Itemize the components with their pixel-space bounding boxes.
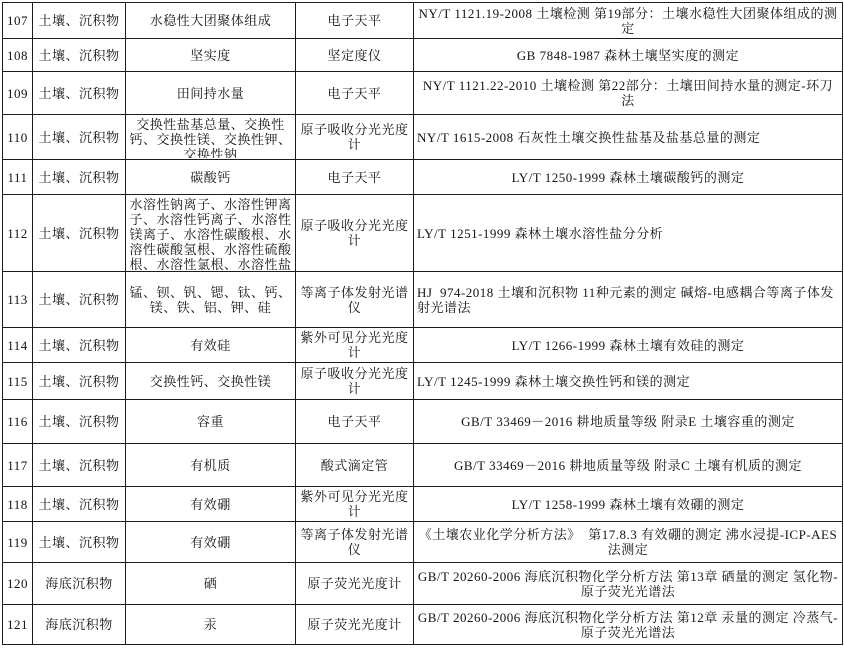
row-number-cell: 120 (3, 563, 33, 605)
category-cell: 土壤、沉积物 (33, 39, 126, 72)
method-cell: HJ 974-2018 土壤和沉积物 11种元素的测定 碱熔-电感耦合等离子体发… (414, 272, 843, 328)
item-cell: 田间持水量 (126, 72, 296, 115)
instrument-cell: 紫外可见分光光度计 (296, 487, 414, 522)
method-cell: LY/T 1250-1999 森林土壤碳酸钙的测定 (414, 160, 843, 195)
table-row: 111土壤、沉积物碳酸钙电子天平LY/T 1250-1999 森林土壤碳酸钙的测… (3, 160, 843, 195)
row-number-cell: 111 (3, 160, 33, 195)
table-row: 109土壤、沉积物田间持水量电子天平NY/T 1121.22-2010 土壤检测… (3, 72, 843, 115)
instrument-cell: 坚定度仪 (296, 39, 414, 72)
item-cell: 有效硼 (126, 522, 296, 563)
table-row: 117土壤、沉积物有机质酸式滴定管GB/T 33469－2016 耕地质量等级 … (3, 444, 843, 487)
instrument-cell: 原子吸收分光光度计 (296, 115, 414, 160)
item-cell: 有效硅 (126, 328, 296, 363)
category-cell: 土壤、沉积物 (33, 115, 126, 160)
method-cell: LY/T 1245-1999 森林土壤交换性钙和镁的测定 (414, 363, 843, 400)
instrument-cell: 电子天平 (296, 72, 414, 115)
instrument-cell: 电子天平 (296, 3, 414, 39)
item-cell: 容重 (126, 400, 296, 444)
instrument-cell: 紫外可见分光光度计 (296, 328, 414, 363)
category-cell: 土壤、沉积物 (33, 272, 126, 328)
category-cell: 土壤、沉积物 (33, 400, 126, 444)
method-cell: 《土壤农业化学分析方法》 第17.8.3 有效硼的测定 沸水浸提-ICP-AES… (414, 522, 843, 563)
document-page: 107土壤、沉积物水稳性大团聚体组成电子天平NY/T 1121.19-2008 … (0, 0, 844, 649)
method-cell: GB 7848-1987 森林土壤坚实度的测定 (414, 39, 843, 72)
category-cell: 海底沉积物 (33, 605, 126, 645)
table-row: 121海底沉积物汞原子荧光光度计GB/T 20260-2006 海底沉积物化学分… (3, 605, 843, 645)
row-number-cell: 116 (3, 400, 33, 444)
table-row: 119土壤、沉积物有效硼等离子体发射光谱仪《土壤农业化学分析方法》 第17.8.… (3, 522, 843, 563)
row-number-cell: 118 (3, 487, 33, 522)
row-number-cell: 112 (3, 195, 33, 272)
row-number-cell: 119 (3, 522, 33, 563)
methods-table: 107土壤、沉积物水稳性大团聚体组成电子天平NY/T 1121.19-2008 … (2, 2, 843, 645)
instrument-cell: 原子吸收分光光度计 (296, 195, 414, 272)
method-cell: GB/T 33469－2016 耕地质量等级 附录C 土壤有机质的测定 (414, 444, 843, 487)
item-cell: 有效硼 (126, 487, 296, 522)
row-number-cell: 114 (3, 328, 33, 363)
method-cell: LY/T 1251-1999 森林土壤水溶性盐分分析 (414, 195, 843, 272)
item-cell: 交换性钙、交换性镁 (126, 363, 296, 400)
instrument-cell: 等离子体发射光谱仪 (296, 272, 414, 328)
table-row: 110土壤、沉积物交换性盐基总量、交换性钙、交换性镁、交换性钾、交换性钠原子吸收… (3, 115, 843, 160)
table-row: 113土壤、沉积物锰、钡、钒、锶、钛、钙、镁、铁、铝、钾、硅等离子体发射光谱仪H… (3, 272, 843, 328)
category-cell: 土壤、沉积物 (33, 3, 126, 39)
row-number-cell: 107 (3, 3, 33, 39)
method-cell: GB/T 20260-2006 海底沉积物化学分析方法 第12章 汞量的测定 冷… (414, 605, 843, 645)
row-number-cell: 109 (3, 72, 33, 115)
table-row: 107土壤、沉积物水稳性大团聚体组成电子天平NY/T 1121.19-2008 … (3, 3, 843, 39)
item-cell: 水溶性钠离子、水溶性钾离子、水溶性钙离子、水溶性镁离子、水溶性碳酸根、水溶性碳酸… (126, 195, 296, 272)
category-cell: 土壤、沉积物 (33, 195, 126, 272)
instrument-cell: 原子吸收分光光度计 (296, 363, 414, 400)
table-row: 116土壤、沉积物容重电子天平GB/T 33469－2016 耕地质量等级 附录… (3, 400, 843, 444)
item-cell: 汞 (126, 605, 296, 645)
row-number-cell: 121 (3, 605, 33, 645)
instrument-cell: 等离子体发射光谱仪 (296, 522, 414, 563)
item-cell: 有机质 (126, 444, 296, 487)
table-row: 112土壤、沉积物水溶性钠离子、水溶性钾离子、水溶性钙离子、水溶性镁离子、水溶性… (3, 195, 843, 272)
item-cell: 锰、钡、钒、锶、钛、钙、镁、铁、铝、钾、硅 (126, 272, 296, 328)
category-cell: 土壤、沉积物 (33, 487, 126, 522)
item-cell: 交换性盐基总量、交换性钙、交换性镁、交换性钾、交换性钠 (126, 115, 296, 160)
instrument-cell: 电子天平 (296, 400, 414, 444)
category-cell: 土壤、沉积物 (33, 328, 126, 363)
row-number-cell: 117 (3, 444, 33, 487)
method-cell: LY/T 1266-1999 森林土壤有效硅的测定 (414, 328, 843, 363)
instrument-cell: 酸式滴定管 (296, 444, 414, 487)
category-cell: 土壤、沉积物 (33, 363, 126, 400)
method-cell: GB/T 20260-2006 海底沉积物化学分析方法 第13章 硒量的测定 氢… (414, 563, 843, 605)
table-row: 108土壤、沉积物坚实度坚定度仪GB 7848-1987 森林土壤坚实度的测定 (3, 39, 843, 72)
table-row: 115土壤、沉积物交换性钙、交换性镁原子吸收分光光度计LY/T 1245-199… (3, 363, 843, 400)
row-number-cell: 113 (3, 272, 33, 328)
method-cell: LY/T 1258-1999 森林土壤有效硼的测定 (414, 487, 843, 522)
category-cell: 土壤、沉积物 (33, 444, 126, 487)
table-row: 114土壤、沉积物有效硅紫外可见分光光度计LY/T 1266-1999 森林土壤… (3, 328, 843, 363)
method-cell: NY/T 1615-2008 石灰性土壤交换性盐基及盐基总量的测定 (414, 115, 843, 160)
category-cell: 土壤、沉积物 (33, 160, 126, 195)
row-number-cell: 108 (3, 39, 33, 72)
category-cell: 土壤、沉积物 (33, 522, 126, 563)
row-number-cell: 110 (3, 115, 33, 160)
category-cell: 土壤、沉积物 (33, 72, 126, 115)
item-cell: 坚实度 (126, 39, 296, 72)
instrument-cell: 原子荧光光度计 (296, 605, 414, 645)
instrument-cell: 原子荧光光度计 (296, 563, 414, 605)
item-cell: 硒 (126, 563, 296, 605)
instrument-cell: 电子天平 (296, 160, 414, 195)
row-number-cell: 115 (3, 363, 33, 400)
method-cell: NY/T 1121.19-2008 土壤检测 第19部分：土壤水稳性大团聚体组成… (414, 3, 843, 39)
table-row: 120海底沉积物硒原子荧光光度计GB/T 20260-2006 海底沉积物化学分… (3, 563, 843, 605)
table-row: 118土壤、沉积物有效硼紫外可见分光光度计LY/T 1258-1999 森林土壤… (3, 487, 843, 522)
item-cell: 水稳性大团聚体组成 (126, 3, 296, 39)
method-cell: GB/T 33469－2016 耕地质量等级 附录E 土壤容重的测定 (414, 400, 843, 444)
methods-table-body: 107土壤、沉积物水稳性大团聚体组成电子天平NY/T 1121.19-2008 … (3, 3, 843, 645)
item-cell: 碳酸钙 (126, 160, 296, 195)
method-cell: NY/T 1121.22-2010 土壤检测 第22部分：土壤田间持水量的测定-… (414, 72, 843, 115)
category-cell: 海底沉积物 (33, 563, 126, 605)
